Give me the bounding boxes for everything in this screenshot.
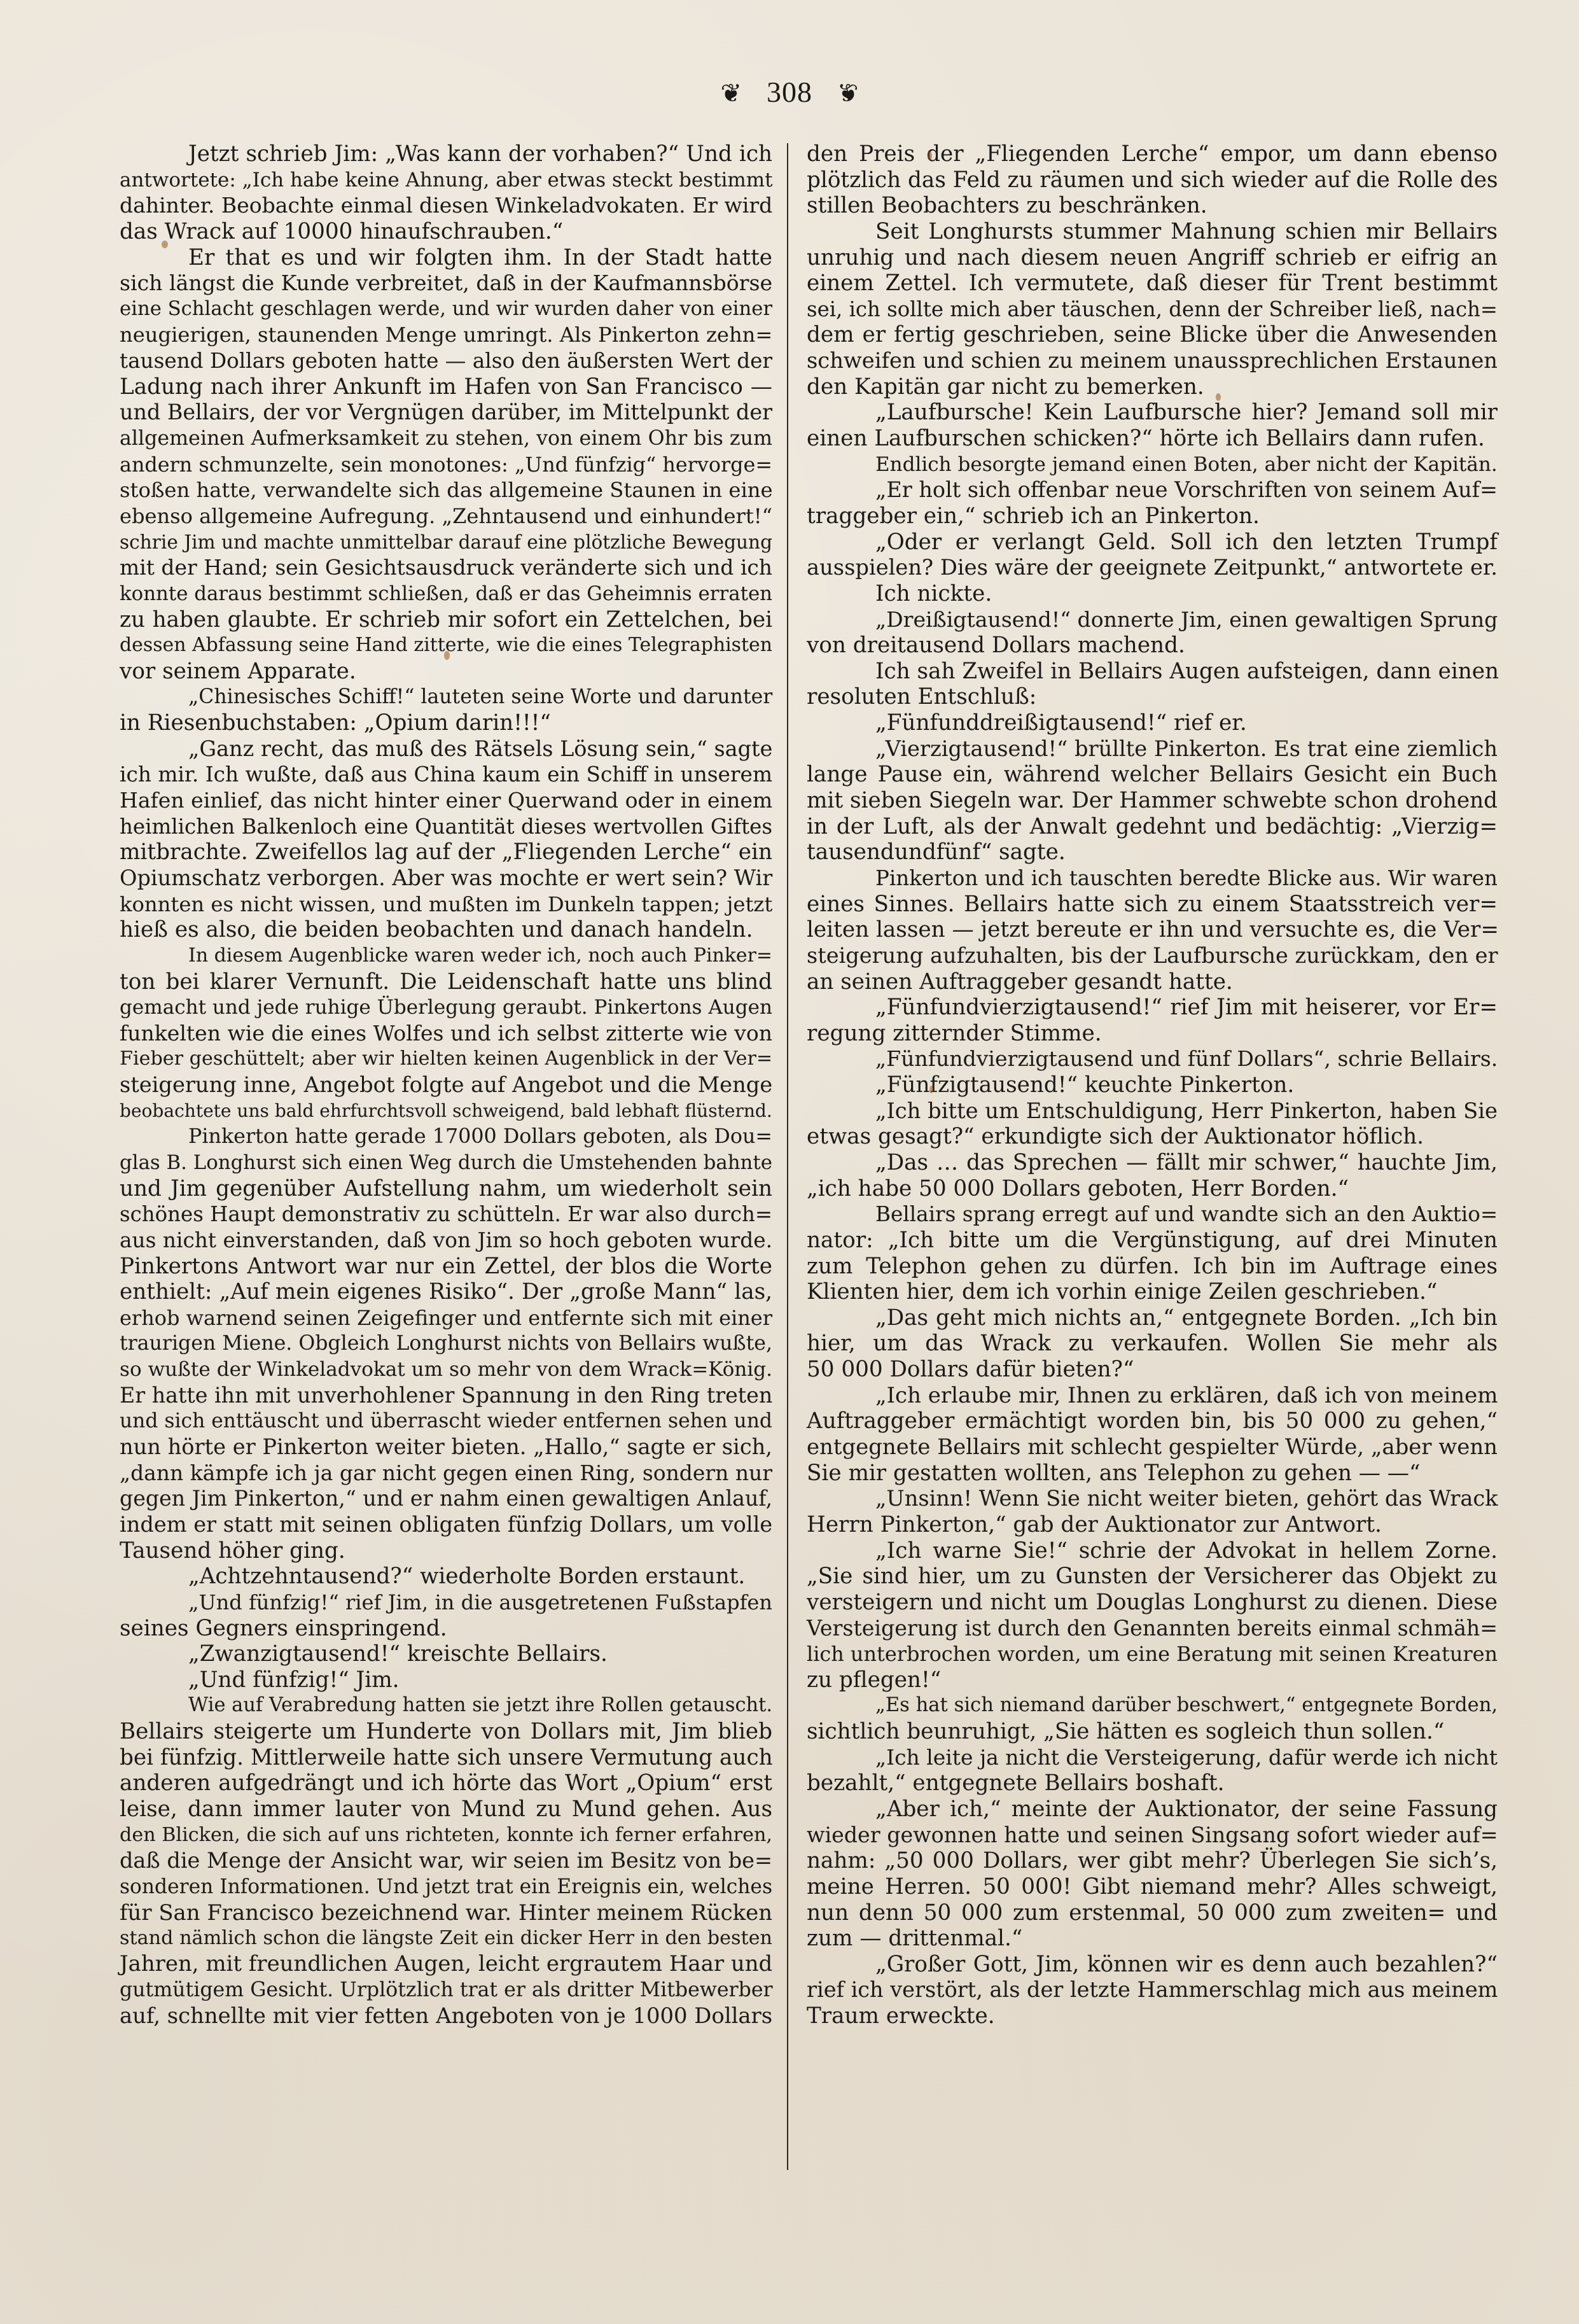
text-line: eines Sinnes. Bellairs hatte sich zu ein… bbox=[807, 892, 1498, 918]
text-line: konnten es nicht wissen, und mußten im D… bbox=[120, 892, 772, 918]
text-line: tausendundfünf“ sagte. bbox=[807, 839, 1498, 865]
text-line: unruhig und nach diesem neuen Angriff sc… bbox=[807, 245, 1498, 271]
text-line: bei fünfzig. Mittlerweile hatte sich uns… bbox=[120, 1745, 772, 1771]
text-line: ich mir. Ich wußte, daß aus China kaum e… bbox=[120, 762, 772, 788]
text-line: Bellairs sprang erregt auf und wandte si… bbox=[807, 1201, 1498, 1228]
text-line: und Jim gegenüber Aufstellung nahm, um w… bbox=[120, 1176, 772, 1202]
text-line: „Es hat sich niemand darüber beschwert,“… bbox=[807, 1693, 1498, 1719]
text-line: in Riesenbuchstaben: „Opium darin!!!“ bbox=[120, 710, 772, 736]
text-line: „Chinesisches Schiff!“ lauteten seine Wo… bbox=[120, 684, 772, 710]
text-line: zum Telephon gehen zu dürfen. Ich bin im… bbox=[807, 1254, 1498, 1280]
text-line: glas B. Longhurst sich einen Weg durch d… bbox=[120, 1150, 772, 1176]
page-number: 308 bbox=[767, 76, 812, 108]
text-line: tausend Dollars geboten hatte — also den… bbox=[120, 348, 772, 374]
text-line: Auftraggeber ermächtigt worden bin, bis … bbox=[807, 1408, 1498, 1434]
text-line: „Großer Gott, Jim, können wir es denn au… bbox=[807, 1952, 1498, 1978]
text-line: ton bei klarer Vernunft. Die Leidenschaf… bbox=[120, 969, 772, 995]
text-line: lich unterbrochen worden, um eine Beratu… bbox=[807, 1641, 1498, 1667]
text-line: aus nicht einverstanden, daß von Jim so … bbox=[120, 1228, 772, 1254]
left-text-column: Jetzt schrieb Jim: „Was kann der vorhabe… bbox=[120, 141, 772, 2029]
text-line: „Achtzehntausend?“ wiederholte Borden er… bbox=[120, 1564, 772, 1590]
text-line: 50 000 Dollars dafür bieten?“ bbox=[807, 1357, 1498, 1383]
text-line: mit sieben Siegeln war. Der Hammer schwe… bbox=[807, 788, 1498, 814]
text-line: Sie mir gestatten wollten, ans Telephon … bbox=[807, 1460, 1498, 1487]
text-line: Ich sah Zweifel in Bellairs Augen aufste… bbox=[807, 659, 1498, 685]
text-line: dahinter. Beobachte einmal diesen Winkel… bbox=[120, 193, 772, 219]
text-line: indem er statt mit seinen obligaten fünf… bbox=[120, 1512, 772, 1538]
text-line: schweifen und schien zu meinem unausspre… bbox=[807, 348, 1498, 374]
text-line: wieder gewonnen hatte und seinen Singsan… bbox=[807, 1823, 1498, 1849]
text-line: plötzlich das Feld zu räumen und sich wi… bbox=[807, 167, 1498, 193]
text-line: einem Zettel. Ich vermutete, daß dieser … bbox=[807, 270, 1498, 297]
text-line: etwas gesagt?“ erkundigte sich der Aukti… bbox=[807, 1124, 1498, 1150]
text-line: nahm: „50 000 Dollars, wer gibt mehr? Üb… bbox=[807, 1848, 1498, 1874]
text-line: stoßen hatte, verwandelte sich das allge… bbox=[120, 477, 772, 503]
text-line: Pinkerton hatte gerade 17000 Dollars geb… bbox=[120, 1124, 772, 1150]
foxing-spot bbox=[1216, 393, 1221, 401]
text-line: Opiumschatz verborgen. Aber was mochte e… bbox=[120, 865, 772, 892]
text-line: „Er holt sich offenbar neue Vorschriften… bbox=[807, 477, 1498, 503]
text-line: Seit Longhursts stummer Mahnung schien m… bbox=[807, 219, 1498, 245]
text-line: „dann kämpfe ich ja gar nicht gegen eine… bbox=[120, 1460, 772, 1487]
text-line: ebenso allgemeine Aufregung. „Zehntausen… bbox=[120, 503, 772, 529]
text-line: entgegnete Bellairs mit schlecht gespiel… bbox=[807, 1434, 1498, 1460]
text-line: „Und fünfzig!“ rief Jim, in die ausgetre… bbox=[120, 1590, 772, 1616]
text-line: für San Francisco bezeichnend war. Hinte… bbox=[120, 1900, 772, 1926]
text-line: einen Laufburschen schicken?“ hörte ich … bbox=[807, 426, 1498, 452]
text-line: „Fünfundvierzigtausend!“ rief Jim mit he… bbox=[807, 995, 1498, 1021]
text-line: den Kapitän gar nicht zu bemerken. bbox=[807, 374, 1498, 400]
foxing-spot bbox=[928, 151, 932, 160]
text-line: „Sie sind hier, um zu Gunsten der Versic… bbox=[807, 1564, 1498, 1590]
text-line: konnte daraus bestimmt schließen, daß er… bbox=[120, 581, 772, 607]
text-line: andern schmunzelte, sein monotones: „Und… bbox=[120, 452, 772, 478]
text-line: nun denn 50 000 zum erstenmal, 50 000 zu… bbox=[807, 1900, 1498, 1926]
text-line: resoluten Entschluß: bbox=[807, 684, 1498, 710]
text-line: funkelten wie die eines Wolfes und ich s… bbox=[120, 1021, 772, 1047]
text-line: zu pflegen!“ bbox=[807, 1667, 1498, 1693]
text-line: lange Pause ein, während welcher Bellair… bbox=[807, 762, 1498, 788]
text-line: Bellairs steigerte um Hunderte von Dolla… bbox=[120, 1719, 772, 1745]
text-line: „Unsinn! Wenn Sie nicht weiter bieten, g… bbox=[807, 1486, 1498, 1512]
text-line: ausspielen? Dies wäre der geeignete Zeit… bbox=[807, 555, 1498, 581]
text-line: bezahlt,“ entgegnete Bellairs boshaft. bbox=[807, 1770, 1498, 1796]
text-line: vor seinem Apparate. bbox=[120, 659, 772, 685]
text-line: erhob warnend seinen Zeigefinger und ent… bbox=[120, 1305, 772, 1331]
text-line: in der Luft, als der Anwalt gedehnt und … bbox=[807, 814, 1498, 840]
text-line: gutmütigem Gesicht. Urplötzlich trat er … bbox=[120, 1977, 772, 2003]
text-line: schrie Jim und machte unmittelbar darauf… bbox=[120, 529, 772, 556]
text-line: eine Schlacht geschlagen werde, und wir … bbox=[120, 297, 772, 323]
text-line: rief ich verstört, als der letzte Hammer… bbox=[807, 1977, 1498, 2003]
page-header: ❦308❦ bbox=[0, 75, 1579, 109]
text-line: enthielt: „Auf mein eigenes Risiko“. Der… bbox=[120, 1279, 772, 1305]
text-line: gegen Jim Pinkerton,“ und er nahm einen … bbox=[120, 1486, 772, 1512]
text-line: von dreitausend Dollars machend. bbox=[807, 633, 1498, 659]
column-divider bbox=[787, 143, 788, 2170]
text-line: mit der Hand; sein Gesichtsausdruck verä… bbox=[120, 555, 772, 581]
text-line: „Zwanzigtausend!“ kreischte Bellairs. bbox=[120, 1641, 772, 1667]
text-line: regung zitternder Stimme. bbox=[807, 1021, 1498, 1047]
text-line: Er that es und wir folgten ihm. In der S… bbox=[120, 245, 772, 271]
text-line: meine Herren. 50 000! Gibt niemand mehr?… bbox=[807, 1874, 1498, 1900]
text-line: stand nämlich schon die längste Zeit ein… bbox=[120, 1926, 772, 1952]
text-line: zu haben glaubte. Er schrieb mir sofort … bbox=[120, 607, 772, 633]
text-line: anderen aufgedrängt und ich hörte das Wo… bbox=[120, 1770, 772, 1796]
text-line: Ladung nach ihrer Ankunft im Hafen von S… bbox=[120, 374, 772, 400]
text-line: und Bellairs, der vor Vergnügen darüber,… bbox=[120, 400, 772, 426]
text-line: „Ich erlaube mir, Ihnen zu erklären, daß… bbox=[807, 1383, 1498, 1409]
text-line: „Und fünfzig!“ Jim. bbox=[120, 1667, 772, 1693]
text-line: heimlichen Balkenloch eine Quantität die… bbox=[120, 814, 772, 840]
text-line: „Aber ich,“ meinte der Auktionator, der … bbox=[807, 1796, 1498, 1823]
text-line: „Dreißigtausend!“ donnerte Jim, einen ge… bbox=[807, 607, 1498, 633]
text-line: sei, ich sollte mich aber täuschen, denn… bbox=[807, 297, 1498, 323]
text-line: neugierigen, staunenden Menge umringt. A… bbox=[120, 322, 772, 348]
text-line: allgemeinen Aufmerksamkeit zu stehen, vo… bbox=[120, 426, 772, 452]
text-line: Pinkertons Antwort war nur ein Zettel, d… bbox=[120, 1254, 772, 1280]
text-line: Versteigerung ist durch den Genannten be… bbox=[807, 1616, 1498, 1642]
text-line: Herrn Pinkerton,“ gab der Auktionator zu… bbox=[807, 1512, 1498, 1538]
text-line: „Oder er verlangt Geld. Soll ich den let… bbox=[807, 529, 1498, 556]
text-line: „Ich warne Sie!“ schrie der Advokat in h… bbox=[807, 1538, 1498, 1564]
foxing-spot bbox=[444, 651, 450, 660]
ornament-left-icon: ❦ bbox=[720, 78, 742, 108]
text-line: Er hatte ihn mit unverhohlener Spannung … bbox=[120, 1383, 772, 1409]
text-line: Pinkerton und ich tauschten beredte Blic… bbox=[807, 865, 1498, 892]
text-line: Wie auf Verabredung hatten sie jetzt ihr… bbox=[120, 1693, 772, 1719]
text-line: „ich habe 50 000 Dollars geboten, Herr B… bbox=[807, 1176, 1498, 1202]
text-line: Tausend höher ging. bbox=[120, 1538, 772, 1564]
text-line: nator: „Ich bitte um die Vergünstigung, … bbox=[807, 1228, 1498, 1254]
text-line: das Wrack auf 10000 hinaufschrauben.“ bbox=[120, 219, 772, 245]
text-line: daß die Menge der Ansicht war, wir seien… bbox=[120, 1848, 772, 1874]
text-line: dem er fertig geschrieben, seine Blicke … bbox=[807, 322, 1498, 348]
text-line: hieß es also, die beiden beobachten und … bbox=[120, 917, 772, 943]
text-line: zum — drittenmal.“ bbox=[807, 1926, 1498, 1952]
text-line: steigerung aufzuhalten, bis der Laufburs… bbox=[807, 943, 1498, 969]
text-line: „Das geht mich nichts an,“ entgegnete Bo… bbox=[807, 1305, 1498, 1331]
text-line: Jetzt schrieb Jim: „Was kann der vorhabe… bbox=[120, 141, 772, 167]
text-line: gemacht und jede ruhige Überlegung gerau… bbox=[120, 995, 772, 1021]
text-line: steigerung inne, Angebot folgte auf Ange… bbox=[120, 1072, 772, 1098]
text-line: stillen Beobachters zu beschränken. bbox=[807, 193, 1498, 219]
text-line: auf, schnellte mit vier fetten Angeboten… bbox=[120, 2003, 772, 2029]
text-line: „Fünfundvierzigtausend und fünf Dollars“… bbox=[807, 1046, 1498, 1072]
text-line: „Vierzigtausend!“ brüllte Pinkerton. Es … bbox=[807, 736, 1498, 762]
text-line: mitbrachte. Zweifellos lag auf der „Flie… bbox=[120, 839, 772, 865]
text-line: Traum erweckte. bbox=[807, 2003, 1498, 2029]
text-line: Hafen einlief, das nicht hinter einer Qu… bbox=[120, 788, 772, 814]
text-line: den Preis der „Fliegenden Lerche“ empor,… bbox=[807, 141, 1498, 167]
text-line: „Fünfzigtausend!“ keuchte Pinkerton. bbox=[807, 1072, 1498, 1098]
text-line: „Ganz recht, das muß des Rätsels Lösung … bbox=[120, 736, 772, 762]
ornament-right-icon: ❦ bbox=[837, 78, 859, 108]
right-text-column: den Preis der „Fliegenden Lerche“ empor,… bbox=[807, 141, 1498, 2029]
text-line: Endlich besorgte jemand einen Boten, abe… bbox=[807, 452, 1498, 478]
text-line: und sich enttäuscht und überrascht wiede… bbox=[120, 1408, 772, 1434]
text-line: hier, um das Wrack zu verkaufen. Wollen … bbox=[807, 1331, 1498, 1357]
text-line: In diesem Augenblicke waren weder ich, n… bbox=[120, 943, 772, 969]
foxing-spot bbox=[162, 241, 168, 248]
text-line: Fieber geschüttelt; aber wir hielten kei… bbox=[120, 1046, 772, 1072]
foxing-spot bbox=[929, 1086, 933, 1093]
text-line: Ich nickte. bbox=[807, 581, 1498, 607]
text-line: den Blicken, die sich auf uns richteten,… bbox=[120, 1823, 772, 1849]
text-line: schönes Haupt demonstrativ zu schütteln.… bbox=[120, 1201, 772, 1228]
text-line: traurigen Miene. Obgleich Longhurst nich… bbox=[120, 1331, 772, 1357]
text-line: „Ich bitte um Entschuldigung, Herr Pinke… bbox=[807, 1098, 1498, 1124]
text-line: traggeber ein,“ schrieb ich an Pinkerton… bbox=[807, 503, 1498, 529]
text-line: sich längst die Kunde verbreitet, daß in… bbox=[120, 270, 772, 297]
text-line: leise, dann immer lauter von Mund zu Mun… bbox=[120, 1796, 772, 1823]
text-line: „Ich leite ja nicht die Versteigerung, d… bbox=[807, 1745, 1498, 1771]
text-line: an seinen Auftraggeber gesandt hatte. bbox=[807, 969, 1498, 995]
text-line: sonderen Informationen. Und jetzt trat e… bbox=[120, 1874, 772, 1900]
text-line: nun hörte er Pinkerton weiter bieten. „H… bbox=[120, 1434, 772, 1460]
text-line: Jahren, mit freundlichen Augen, leicht e… bbox=[120, 1952, 772, 1978]
text-line: so wußte der Winkeladvokat um so mehr vo… bbox=[120, 1357, 772, 1383]
text-line: Klienten hier, dem ich vorhin einige Zei… bbox=[807, 1279, 1498, 1305]
text-line: beobachtete uns bald ehrfurchtsvoll schw… bbox=[120, 1098, 772, 1124]
text-line: „Fünfunddreißigtausend!“ rief er. bbox=[807, 710, 1498, 736]
text-line: leiten lassen — jetzt bereute er ihn und… bbox=[807, 917, 1498, 943]
text-line: sichtlich beunruhigt, „Sie hätten es sog… bbox=[807, 1719, 1498, 1745]
text-line: antwortete: „Ich habe keine Ahnung, aber… bbox=[120, 167, 772, 193]
text-line: „Das … das Sprechen — fällt mir schwer,“… bbox=[807, 1150, 1498, 1176]
text-line: „Laufbursche! Kein Laufbursche hier? Jem… bbox=[807, 400, 1498, 426]
text-line: seines Gegners einspringend. bbox=[120, 1616, 772, 1642]
text-line: versteigern und nicht um Douglas Longhur… bbox=[807, 1590, 1498, 1616]
